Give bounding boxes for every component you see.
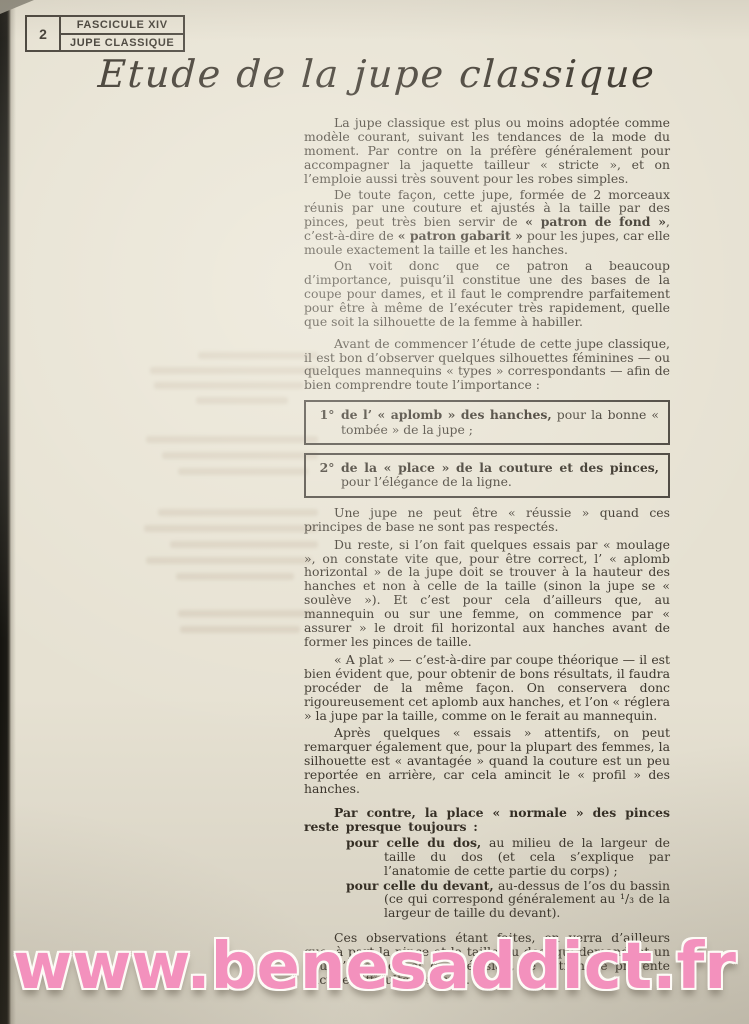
paragraph-essais: Après quelques « essais » attentifs, on …	[304, 726, 670, 796]
scan-edge-wedge	[0, 0, 34, 14]
text-run: Une jupe ne peut être « réussie » quand …	[304, 505, 670, 534]
text-run: Après quelques « essais » attentifs, on …	[304, 725, 670, 796]
bold-run: de la « place » de la couture et des pin…	[341, 460, 659, 475]
bold-run: pour celle du devant,	[346, 878, 494, 893]
page-number: 2	[27, 17, 61, 50]
bleed-line	[198, 352, 318, 359]
bleed-line	[178, 468, 308, 475]
principle-number: 2°	[313, 461, 341, 490]
bold-run: de l’ « aplomb » des hanches,	[341, 407, 552, 422]
bleed-line	[154, 382, 304, 389]
book-spine-shadow	[0, 0, 16, 1024]
bold-term-patron-gabarit: « patron gabarit »	[398, 228, 523, 243]
bleed-line	[146, 557, 312, 564]
text-run: « A plat » — c’est-à-dire par coupe théo…	[304, 652, 670, 723]
bleed-line	[144, 525, 318, 532]
paragraph-reussie: Une jupe ne peut être « réussie » quand …	[304, 506, 670, 534]
bleed-line	[180, 626, 300, 633]
principle-box-1: 1° de l’ « aplomb » des hanches, pour la…	[304, 400, 670, 445]
text-run: Du reste, si l’on fait quelques essais p…	[304, 537, 670, 649]
text-run: Avant de commencer l’étude de cette jupe…	[304, 336, 670, 393]
paragraph-moulage: Du reste, si l’on fait quelques essais p…	[304, 538, 670, 649]
fascicule-label: FASCICULE XIV	[61, 17, 183, 35]
bleed-line	[150, 367, 318, 374]
bleed-line	[146, 436, 318, 443]
text-run: On voit donc que ce patron a beaucoup d’…	[304, 258, 670, 329]
bold-term-patron-de-fond: « patron de fond »	[525, 214, 666, 229]
fascicule-header-box: 2 FASCICULE XIV JUPE CLASSIQUE	[25, 15, 185, 52]
bold-run: Par contre, la place « normale » des pin…	[304, 805, 670, 834]
bleed-line	[170, 541, 318, 548]
principle-number: 1°	[313, 408, 341, 437]
paragraph-a-plat: « A plat » — c’est-à-dire par coupe théo…	[304, 653, 670, 723]
text-run: pour l’élégance de la ligne.	[341, 474, 512, 489]
bleed-line	[158, 509, 318, 516]
principle-text: de la « place » de la couture et des pin…	[341, 461, 659, 490]
list-item-dos: pour celle du dos, au milieu de la large…	[304, 836, 670, 878]
watermark-url: www.benesaddict.fr	[0, 930, 749, 1004]
bleed-through-text	[140, 352, 318, 633]
page-title: Etude de la jupe classique	[97, 52, 657, 96]
chapter-label: JUPE CLASSIQUE	[61, 35, 183, 50]
paragraph-place-normale: Par contre, la place « normale » des pin…	[304, 806, 670, 834]
paragraph-avant: Avant de commencer l’étude de cette jupe…	[304, 337, 670, 393]
bleed-line	[178, 610, 318, 617]
paragraph-intro: La jupe classique est plus ou moins adop…	[304, 116, 670, 186]
paragraph-importance: On voit donc que ce patron a beaucoup d’…	[304, 259, 670, 329]
principle-box-2: 2° de la « place » de la couture et des …	[304, 453, 670, 498]
list-item-devant: pour celle du devant, au-dessus de l’os …	[304, 879, 670, 921]
text-run: La jupe classique est plus ou moins adop…	[304, 115, 670, 186]
bleed-line	[162, 452, 318, 459]
scanned-document-page: 2 FASCICULE XIV JUPE CLASSIQUE Etude de …	[0, 0, 749, 1024]
bleed-line	[176, 573, 294, 580]
principle-text: de l’ « aplomb » des hanches, pour la bo…	[341, 408, 659, 437]
bleed-line	[196, 397, 288, 404]
paragraph-patron: De toute façon, cette jupe, formée de 2 …	[304, 188, 670, 258]
bold-run: pour celle du dos,	[346, 835, 481, 850]
fascicule-labels: FASCICULE XIV JUPE CLASSIQUE	[61, 17, 183, 50]
body-text-column: La jupe classique est plus ou moins adop…	[304, 116, 670, 989]
